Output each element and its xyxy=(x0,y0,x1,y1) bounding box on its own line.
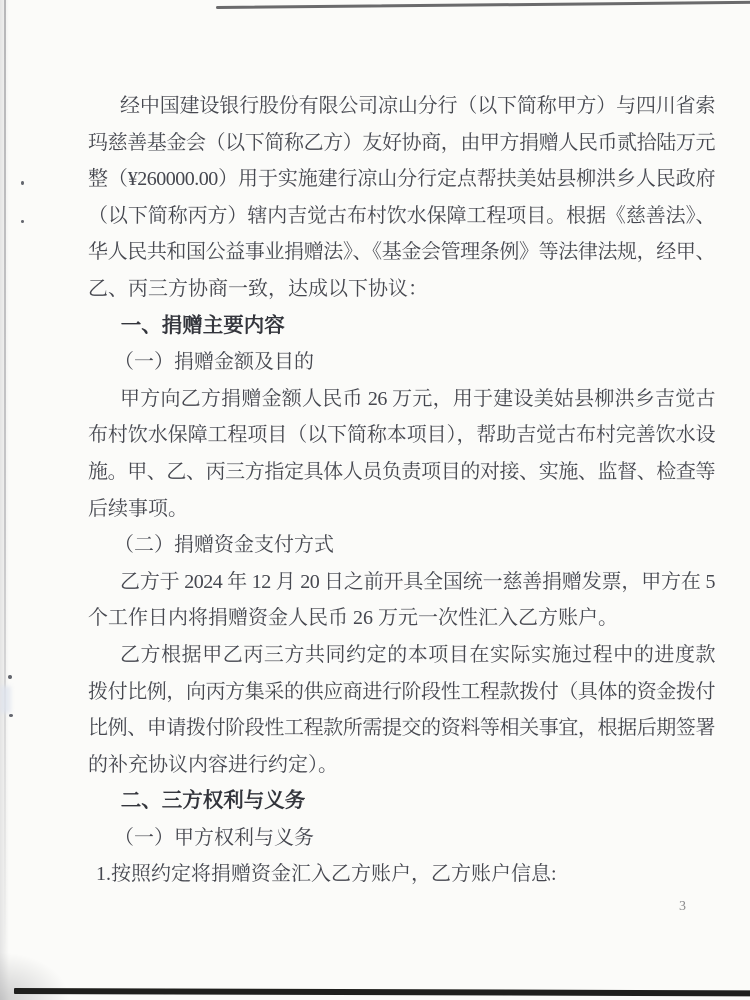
text-line: 玛慈善基金会（以下简称乙方）友好协商，由甲方捐赠人民币贰拾陆万元 xyxy=(88,125,715,162)
text-line: 甲方向乙方捐赠金额人民币 26 万元，用于建设美姑县柳洪乡吉觉古 xyxy=(88,381,715,418)
page-number: 3 xyxy=(679,898,686,916)
ink-speck xyxy=(21,220,24,223)
text-line: 拨付比例，向丙方集采的供应商进行阶段性工程款拨付（具体的资金拨付 xyxy=(88,674,715,711)
section-heading: 二、三方权利与义务 xyxy=(88,783,715,820)
text-line: 乙方根据甲乙丙三方共同约定的本项目在实际实施过程中的进度款 xyxy=(88,637,715,674)
ink-speck xyxy=(9,714,13,717)
section-heading: 一、捐赠主要内容 xyxy=(88,308,715,345)
scan-smudge xyxy=(0,686,11,713)
text-line: （以下简称丙方）辖内吉觉古布村饮水保障工程项目。根据《慈善法》、《中 xyxy=(88,198,715,235)
scan-top-edge-line xyxy=(216,1,750,9)
text-line: 经中国建设银行股份有限公司凉山分行（以下简称甲方）与四川省索 xyxy=(88,88,715,125)
text-line: 施。甲、乙、丙三方指定具体人员负责项目的对接、实施、监督、检查等 xyxy=(88,454,715,491)
text-line: 华人民共和国公益事业捐赠法》、《基金会管理条例》等法律法规，经甲、 xyxy=(88,234,715,271)
ink-speck xyxy=(8,675,12,679)
text-line: 整（¥260000.00）用于实施建行凉山分行定点帮扶美姑县柳洪乡人民政府 xyxy=(88,161,715,198)
text-line: 个工作日内将捐赠资金人民币 26 万元一次性汇入乙方账户。 xyxy=(88,600,715,637)
ink-speck xyxy=(21,181,24,185)
scan-bottom-edge-line xyxy=(14,988,750,996)
text-line: （二）捐赠资金支付方式 xyxy=(88,527,715,564)
scanned-document-page: 经中国建设银行股份有限公司凉山分行（以下简称甲方）与四川省索玛慈善基金会（以下简… xyxy=(0,0,750,1000)
text-line: 乙、丙三方协商一致，达成以下协议： xyxy=(88,271,715,308)
text-line: 乙方于 2024 年 12 月 20 日之前开具全国统一慈善捐赠发票，甲方在 5 xyxy=(88,564,715,601)
text-line: 比例、申请拨付阶段性工程款所需提交的资料等相关事宜，根据后期签署 xyxy=(88,710,715,747)
text-line: 布村饮水保障工程项目（以下简称本项目），帮助吉觉古布村完善饮水设 xyxy=(88,417,715,454)
scan-left-edge-line xyxy=(4,0,6,952)
text-line: （一）捐赠金额及目的 xyxy=(88,344,715,381)
text-block: 经中国建设银行股份有限公司凉山分行（以下简称甲方）与四川省索玛慈善基金会（以下简… xyxy=(88,88,715,893)
text-line: 后续事项。 xyxy=(88,491,715,528)
text-line: （一）甲方权利与义务 xyxy=(88,820,715,857)
text-line: 1.按照约定将捐赠资金汇入乙方账户，乙方账户信息: xyxy=(88,856,715,893)
text-line: 的补充协议内容进行约定）。 xyxy=(88,747,715,784)
